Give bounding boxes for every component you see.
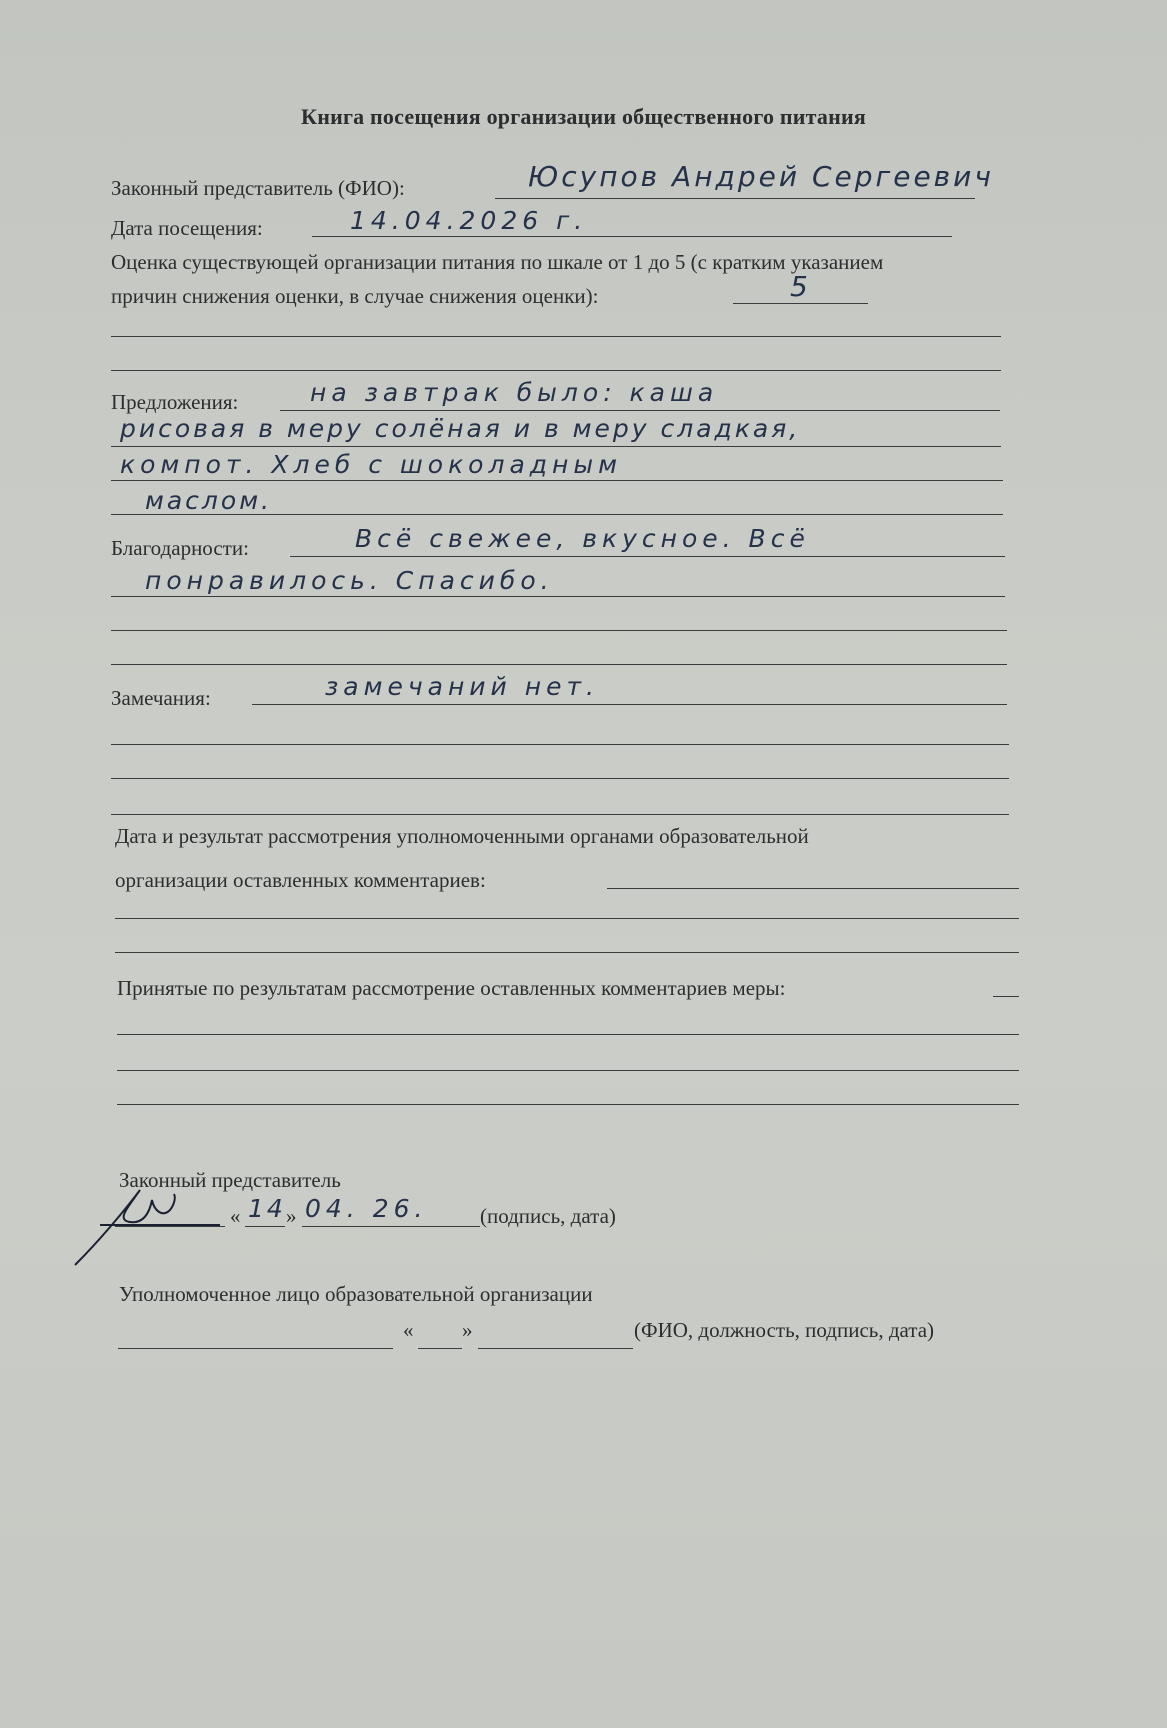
thanks-line-2 — [111, 596, 1005, 597]
review-line-1 — [607, 888, 1019, 889]
remarks-line-1 — [252, 704, 1007, 705]
suggestions-line-3 — [111, 480, 1003, 481]
parent-date-line — [302, 1226, 480, 1227]
official-signature-caption: (ФИО, должность, подпись, дата) — [634, 1318, 934, 1343]
rating-extra-line-2 — [111, 370, 1001, 371]
parent-day-line — [245, 1226, 285, 1227]
thanks-text-2: понравилось. Спасибо. — [145, 566, 554, 595]
parent-open-quote: « — [230, 1204, 241, 1229]
parent-close-quote: » — [286, 1204, 297, 1229]
remarks-line-3 — [111, 778, 1009, 779]
representative-line — [495, 198, 975, 199]
remarks-value: замечаний нет. — [325, 672, 599, 701]
thanks-label: Благодарности: — [111, 536, 249, 561]
official-signature-label: Уполномоченное лицо образовательной орга… — [119, 1282, 593, 1307]
rating-value: 5 — [790, 270, 811, 303]
official-close-quote: » — [462, 1318, 473, 1343]
measures-line-1 — [993, 996, 1019, 997]
official-signature-line — [118, 1348, 393, 1349]
review-label-line2: организации оставленных комментариев: — [115, 868, 486, 893]
official-day-line — [418, 1348, 462, 1349]
document-title: Книга посещения организации общественног… — [0, 104, 1167, 130]
rating-line — [733, 303, 868, 304]
paper-sheet: Книга посещения организации общественног… — [0, 0, 1167, 1728]
official-date-line — [478, 1348, 633, 1349]
parent-signature-caption: (подпись, дата) — [480, 1204, 616, 1229]
thanks-line-3 — [111, 630, 1007, 631]
suggestions-line-2 — [111, 446, 1001, 447]
representative-label: Законный представитель (ФИО): — [111, 176, 405, 201]
measures-line-3 — [117, 1070, 1019, 1071]
official-open-quote: « — [403, 1318, 414, 1343]
parent-signature-line — [115, 1226, 225, 1227]
measures-line-2 — [117, 1034, 1019, 1035]
parent-signature-scribble — [70, 1180, 220, 1270]
rating-label-line1: Оценка существующей организации питания … — [111, 250, 883, 275]
representative-value: Юсупов Андрей Сергеевич — [528, 160, 994, 193]
visit-date-label: Дата посещения: — [111, 216, 263, 241]
thanks-line-4 — [111, 664, 1007, 665]
measures-line-4 — [117, 1104, 1019, 1105]
remarks-line-2 — [111, 744, 1009, 745]
remarks-line-4 — [111, 814, 1009, 815]
rating-label-line2: причин снижения оценки, в случае снижени… — [111, 284, 598, 309]
thanks-text-1: Всё свежее, вкусное. Всё — [355, 524, 810, 553]
measures-label: Принятые по результатам рассмотрение ост… — [117, 976, 785, 1001]
suggestions-text-1: на завтрак было: каша — [310, 378, 718, 407]
remarks-label: Замечания: — [111, 686, 211, 711]
review-line-3 — [115, 952, 1019, 953]
visit-date-value: 14.04.2026 г. — [350, 206, 587, 235]
review-line-2 — [115, 918, 1019, 919]
parent-date-value: 04. 26. — [305, 1194, 427, 1223]
suggestions-label: Предложения: — [111, 390, 238, 415]
suggestions-text-2: рисовая в меру солёная и в меру сладкая, — [120, 414, 800, 443]
suggestions-text-3: компот. Хлеб с шоколадным — [120, 450, 622, 479]
rating-extra-line-1 — [111, 336, 1001, 337]
suggestions-line-1 — [280, 410, 1000, 411]
suggestions-text-4: маслом. — [145, 486, 272, 515]
visit-date-line — [312, 236, 952, 237]
review-label-line1: Дата и результат рассмотрения уполномоче… — [115, 824, 809, 849]
thanks-line-1 — [290, 556, 1005, 557]
parent-day-value: 14 — [248, 1194, 286, 1223]
